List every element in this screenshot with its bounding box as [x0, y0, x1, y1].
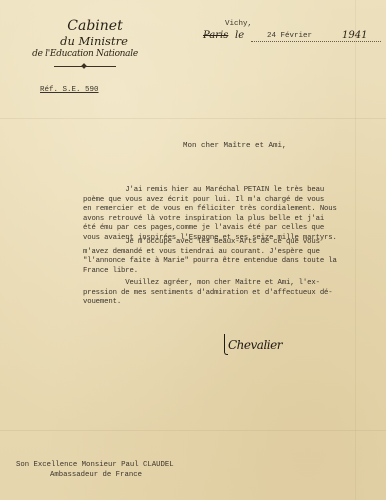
letterhead-line-1: Cabinet	[40, 18, 150, 34]
recipient-block: Son Excellence Monsieur Paul CLAUDEL Amb…	[16, 460, 174, 480]
paper-fold	[0, 118, 386, 119]
paper-fold	[0, 430, 386, 431]
paragraph-1: J'ai remis hier au Maréchal PETAIN le tr…	[83, 186, 373, 244]
paragraph-3: Veuillez agréer, mon cher Maître et Ami,…	[83, 279, 373, 308]
dotted-rule	[251, 41, 381, 42]
salutation: Mon cher Maître et Ami,	[183, 142, 287, 150]
letterhead-line-2: du Ministre	[38, 34, 150, 48]
recipient-name: Son Excellence Monsieur Paul CLAUDEL	[16, 461, 174, 469]
date: 24 Février	[267, 32, 312, 40]
year: 1941	[342, 30, 367, 41]
reference-number: Réf. S.E. 590	[40, 86, 99, 94]
recipient-title: Ambassadeur de France	[16, 471, 142, 479]
struck-place: Paris	[203, 30, 228, 41]
signature: Chevalier	[228, 338, 282, 352]
letterhead-divider	[54, 66, 116, 67]
dateline-le: le	[235, 30, 244, 41]
letterhead-line-3: de l'Education Nationale	[20, 48, 150, 60]
paragraph-2: Je m'occupe avec les Beaux-Arts de ce qu…	[83, 238, 373, 276]
letterhead: Cabinet du Ministre de l'Education Natio…	[20, 18, 150, 67]
place-vichy: Vichy,	[225, 20, 252, 28]
dateline: Paris le 24 Février 1941	[195, 30, 365, 42]
